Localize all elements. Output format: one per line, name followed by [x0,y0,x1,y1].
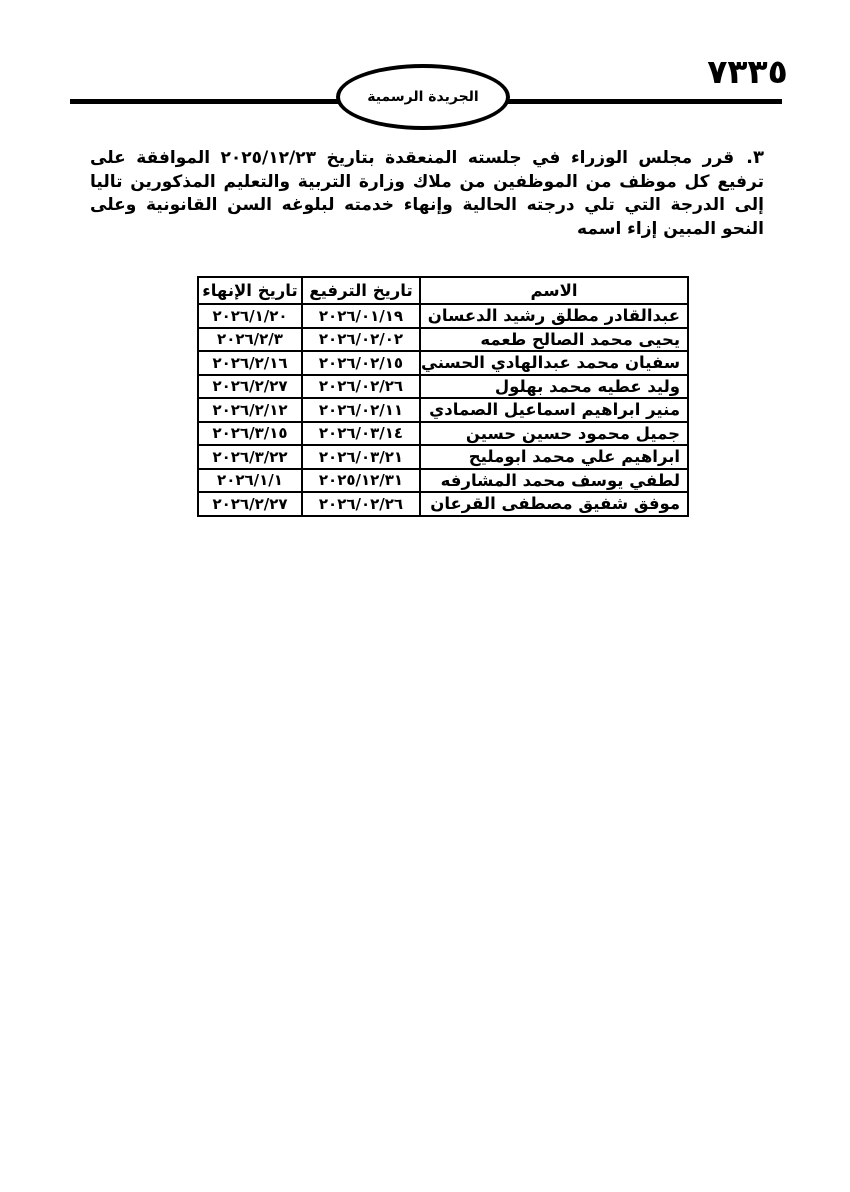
end-date-cell: ٢٠٢٦/١/١ [198,469,302,493]
end-date-cell: ٢٠٢٦/٢/٢٧ [198,375,302,399]
decision-text: قرر مجلس الوزراء في جلسته المنعقدة بتاري… [90,148,764,239]
end-date-cell: ٢٠٢٦/٣/١٥ [198,422,302,446]
employee-name-cell: سفيان محمد عبدالهادي الحسني [420,351,688,375]
promotion-date-cell: ٢٠٢٦/٠٢/١١ [302,398,420,422]
table-row: ابراهيم علي محمد ابومليح٢٠٢٦/٠٣/٢١٢٠٢٦/٣… [198,445,688,469]
decision-paragraph: ٣.قرر مجلس الوزراء في جلسته المنعقدة بتا… [90,146,764,241]
end-date-cell: ٢٠٢٦/٢/١٢ [198,398,302,422]
employee-name-cell: عبدالقادر مطلق رشيد الدعسان [420,304,688,328]
promotion-date-cell: ٢٠٢٦/٠٣/٢١ [302,445,420,469]
table-row: موفق شفيق مصطفى القرعان٢٠٢٦/٠٢/٢٦٢٠٢٦/٢/… [198,492,688,516]
table-row: وليد عطيه محمد بهلول٢٠٢٦/٠٢/٢٦٢٠٢٦/٢/٢٧ [198,375,688,399]
employee-name-cell: لطفي يوسف محمد المشارفه [420,469,688,493]
promotion-date-column-header: تاريخ الترفيع [302,277,420,304]
name-column-header: الاسم [420,277,688,304]
table-header-row: الاسم تاريخ الترفيع تاريخ الإنهاء [198,277,688,304]
employee-name-cell: ابراهيم علي محمد ابومليح [420,445,688,469]
promotion-date-cell: ٢٠٢٦/٠٢/١٥ [302,351,420,375]
table-row: عبدالقادر مطلق رشيد الدعسان٢٠٢٦/٠١/١٩٢٠٢… [198,304,688,328]
gazette-seal: الجريدة الرسمية [336,64,510,130]
employee-name-cell: منير ابراهيم اسماعيل الصمادي [420,398,688,422]
gazette-name-label: الجريدة الرسمية [367,89,478,105]
gazette-page: ٧٣٣٥ الجريدة الرسمية ٣.قرر مجلس الوزراء … [0,0,850,1192]
promotion-date-cell: ٢٠٢٦/٠٣/١٤ [302,422,420,446]
page-number: ٧٣٣٥ [700,52,795,91]
end-date-cell: ٢٠٢٦/١/٢٠ [198,304,302,328]
table-row: لطفي يوسف محمد المشارفه٢٠٢٥/١٢/٣١٢٠٢٦/١/… [198,469,688,493]
end-date-cell: ٢٠٢٦/٢/٣ [198,328,302,352]
promotion-date-cell: ٢٠٢٥/١٢/٣١ [302,469,420,493]
employee-name-cell: موفق شفيق مصطفى القرعان [420,492,688,516]
promotion-date-cell: ٢٠٢٦/٠٢/٢٦ [302,375,420,399]
promotion-date-cell: ٢٠٢٦/٠١/١٩ [302,304,420,328]
end-date-column-header: تاريخ الإنهاء [198,277,302,304]
table-row: جميل محمود حسين حسين٢٠٢٦/٠٣/١٤٢٠٢٦/٣/١٥ [198,422,688,446]
employee-name-cell: جميل محمود حسين حسين [420,422,688,446]
table-row: يحيى محمد الصالح طعمه٢٠٢٦/٠٢/٠٢٢٠٢٦/٢/٣ [198,328,688,352]
promotions-table: الاسم تاريخ الترفيع تاريخ الإنهاء عبدالق… [197,276,689,517]
employee-name-cell: يحيى محمد الصالح طعمه [420,328,688,352]
promotion-date-cell: ٢٠٢٦/٠٢/٢٦ [302,492,420,516]
end-date-cell: ٢٠٢٦/٣/٢٢ [198,445,302,469]
table-row: منير ابراهيم اسماعيل الصمادي٢٠٢٦/٠٢/١١٢٠… [198,398,688,422]
table-body: عبدالقادر مطلق رشيد الدعسان٢٠٢٦/٠١/١٩٢٠٢… [198,304,688,516]
promotion-date-cell: ٢٠٢٦/٠٢/٠٢ [302,328,420,352]
end-date-cell: ٢٠٢٦/٢/١٦ [198,351,302,375]
end-date-cell: ٢٠٢٦/٢/٢٧ [198,492,302,516]
table-row: سفيان محمد عبدالهادي الحسني٢٠٢٦/٠٢/١٥٢٠٢… [198,351,688,375]
employee-name-cell: وليد عطيه محمد بهلول [420,375,688,399]
item-number: ٣. [746,147,764,168]
